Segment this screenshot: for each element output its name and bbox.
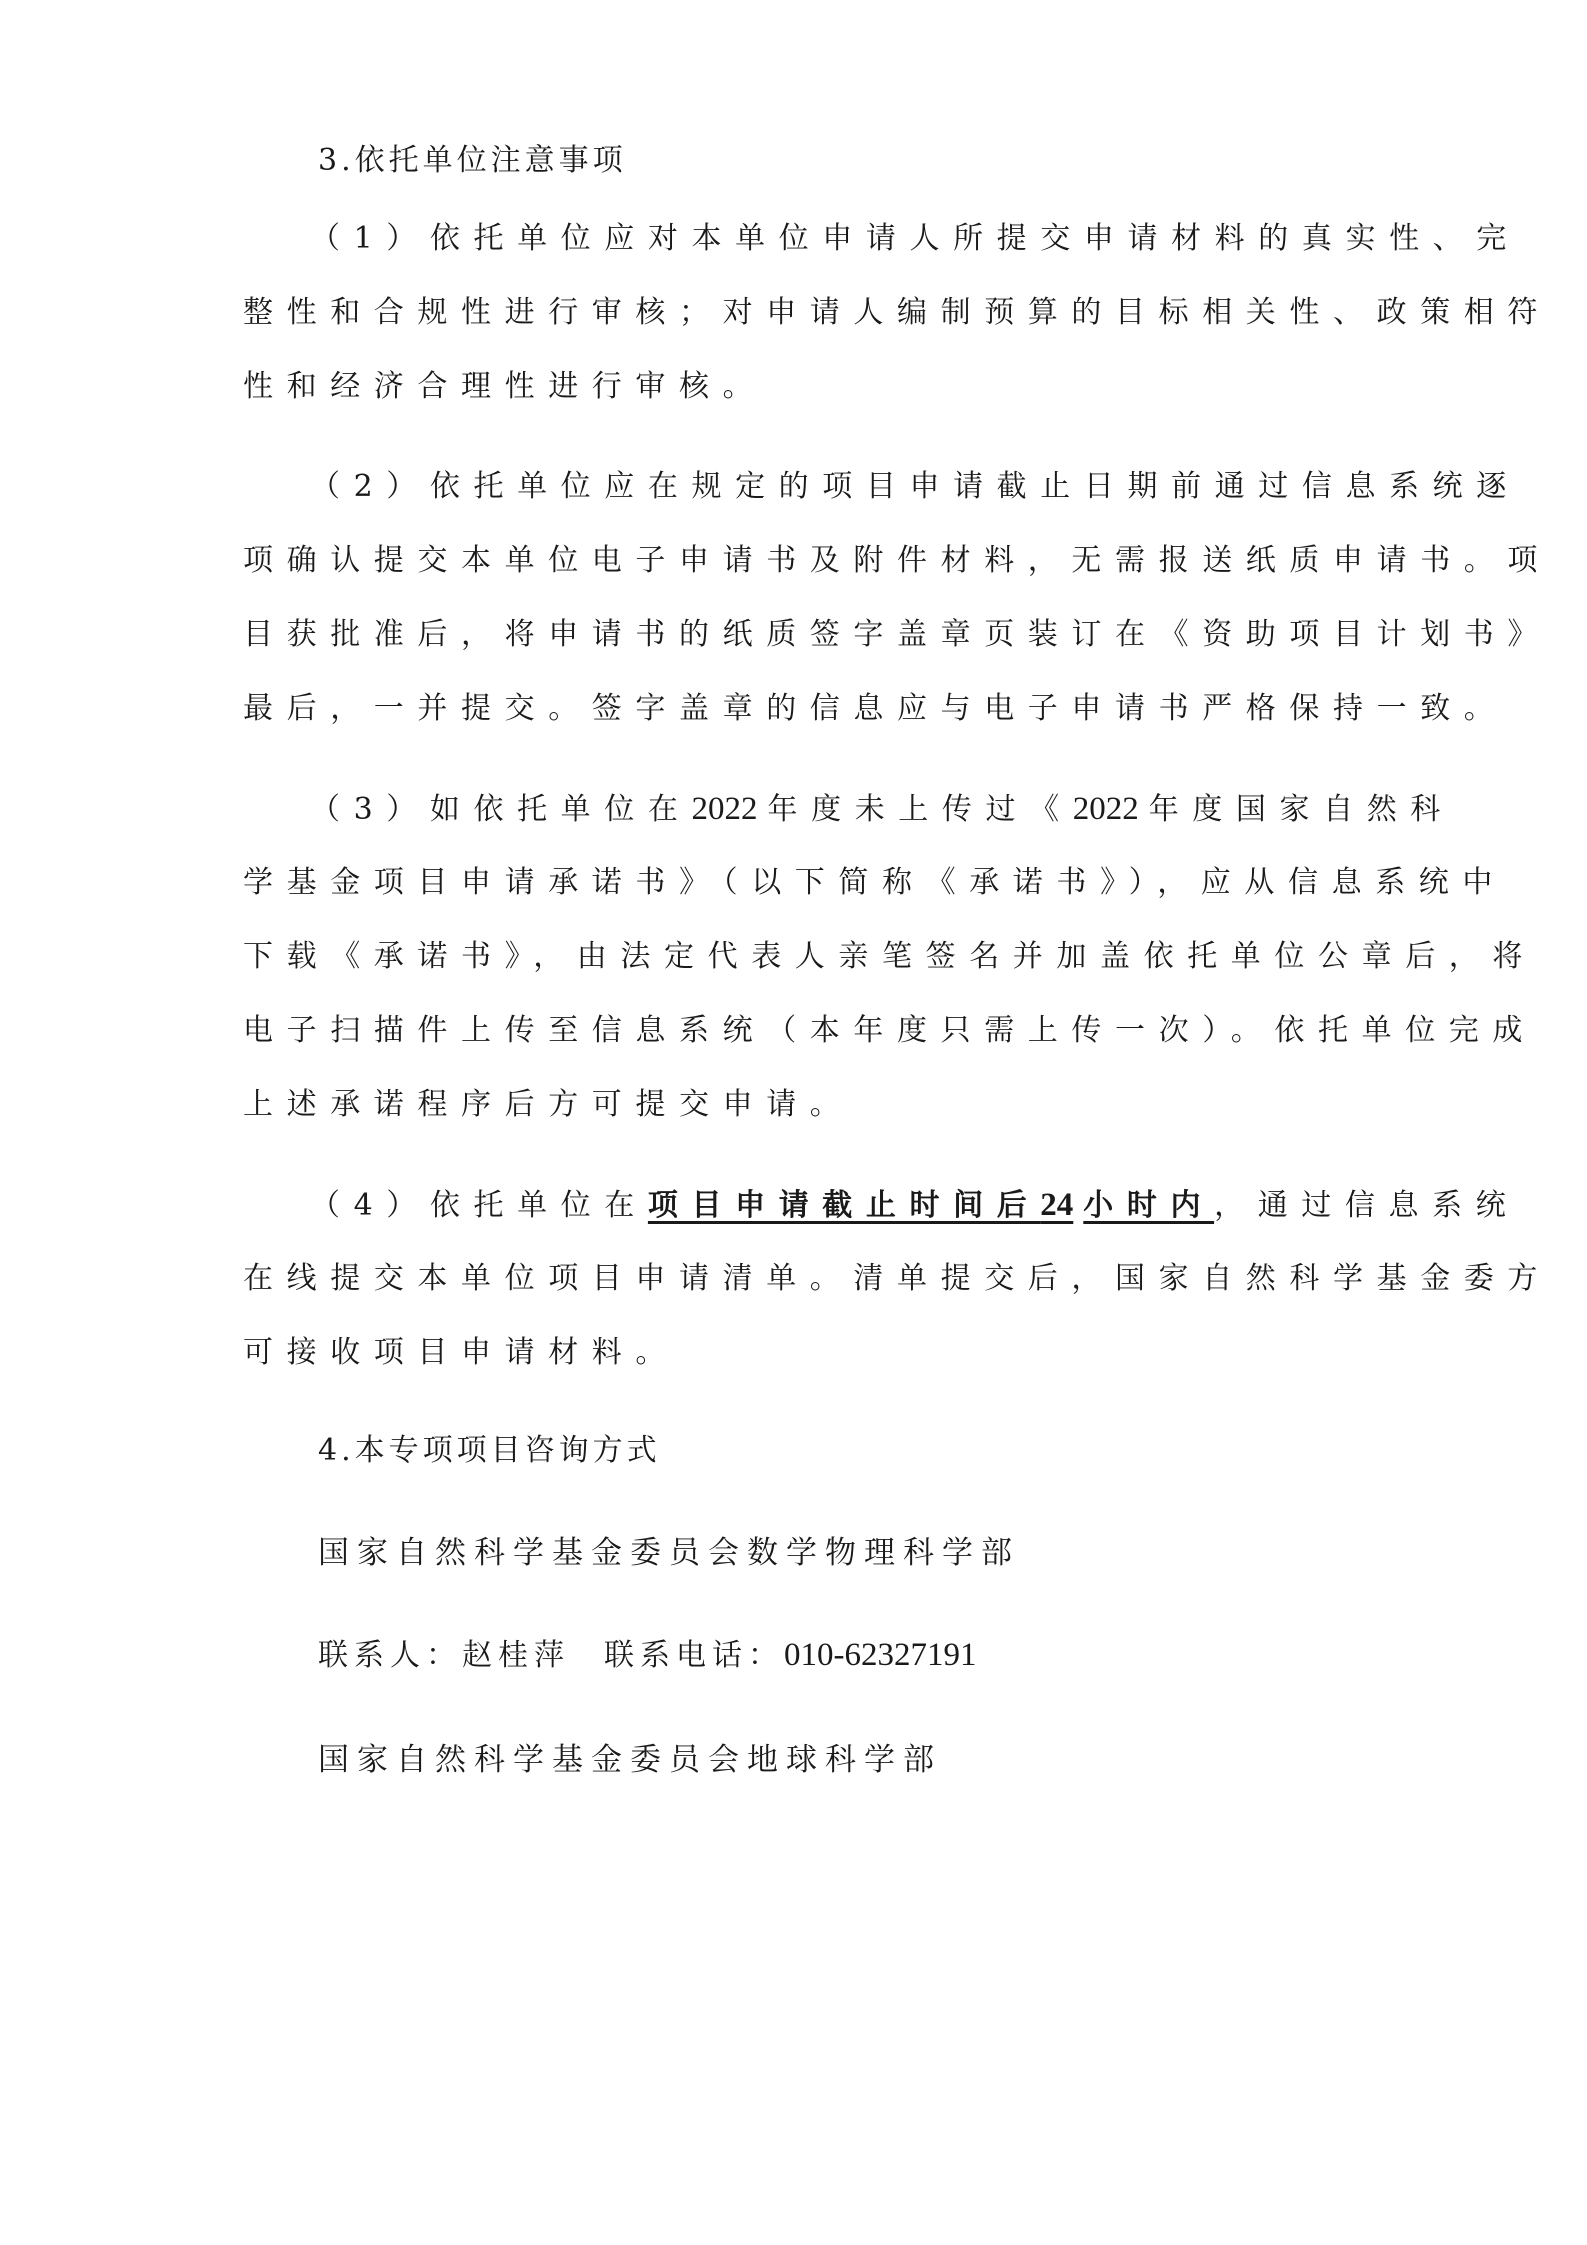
item-2-line-3: 目获批准后，将申请书的纸质签字盖章页装订在《资助项目计划书》 (243, 615, 1551, 655)
year-2022: 2022 (1073, 791, 1139, 827)
item-1-line-1: （1）依托单位应对本单位申请人所提交申请材料的真实性、完 (310, 219, 1520, 259)
item-3-line-2: 学基金项目申请承诺书》（以下简称《承诺书》），应从信息系统中 (243, 863, 1506, 903)
contact-department-math-physics: 国家自然科学基金委员会数学物理科学部 (318, 1533, 1020, 1573)
item-2-line-2: 项确认提交本单位电子申请书及附件材料，无需报送纸质申请书。项 (243, 541, 1551, 581)
section-3-heading: 3.依托单位注意事项 (318, 141, 627, 181)
document-page: 3.依托单位注意事项 （1）依托单位应对本单位申请人所提交申请材料的真实性、完 … (0, 0, 1587, 2245)
item-4-line-3: 可接收项目申请材料。 (243, 1333, 679, 1373)
item-3-line-3: 下载《承诺书》，由法定代表人亲笔签名并加盖依托单位公章后，将 (243, 937, 1536, 977)
item-2-line-4: 最后，一并提交。签字盖章的信息应与电子申请书严格保持一致。 (243, 689, 1507, 729)
section-4-heading: 4.本专项项目咨询方式 (318, 1431, 661, 1471)
year-2022: 2022 (692, 791, 758, 827)
item-4-line-1: （4）依托单位在项目申请截止时间后24小时内，通过信息系统 (310, 1185, 1519, 1226)
phone-label: 联系电话： (604, 1638, 784, 1673)
contact-name: 赵桂萍 (462, 1638, 570, 1673)
deadline-emphasis: 项目申请截止时间后24小时内 (648, 1188, 1214, 1223)
item-3-line-4: 电子扫描件上传至信息系统（本年度只需上传一次）。依托单位完成 (243, 1011, 1536, 1051)
item-2-line-1: （2）依托单位应在规定的项目申请截止日期前通过信息系统逐 (310, 467, 1520, 507)
contact-info-line: 联系人：赵桂萍联系电话：010-62327191 (318, 1635, 977, 1676)
item-1-line-3: 性和经济合理性进行审核。 (243, 367, 766, 407)
phone-number: 010-62327191 (784, 1637, 977, 1673)
item-3-line-1: （3）如依托单位在2022年度未上传过《2022年度国家自然科 (310, 789, 1454, 830)
contact-label: 联系人： (318, 1638, 462, 1673)
item-1-line-2: 整性和合规性进行审核；对申请人编制预算的目标相关性、政策相符 (243, 293, 1551, 333)
contact-department-earth-science: 国家自然科学基金委员会地球科学部 (318, 1740, 942, 1780)
item-4-line-2: 在线提交本单位项目申请清单。清单提交后，国家自然科学基金委方 (243, 1259, 1551, 1299)
item-3-line-5: 上述承诺程序后方可提交申请。 (243, 1085, 853, 1125)
